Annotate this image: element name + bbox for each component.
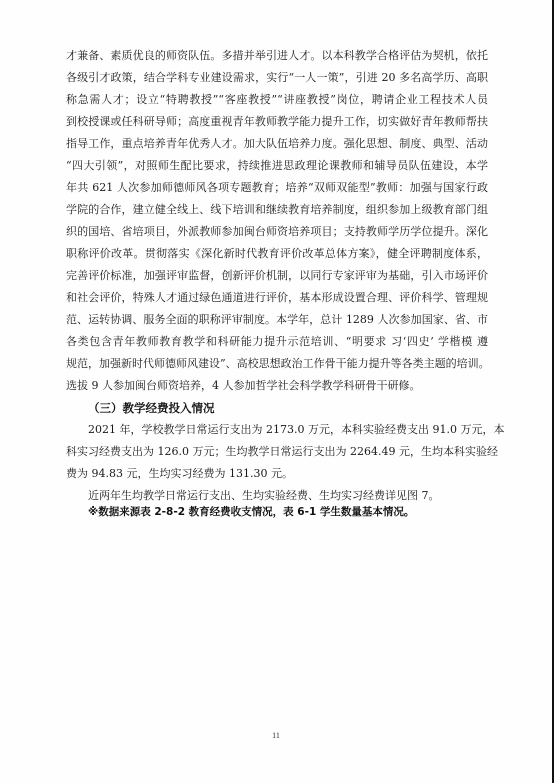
document-page: 才兼备、素质优良的师资队伍。多措并举引进人才。以本科教学合格评估为契机，依托 各… <box>0 0 554 783</box>
text-line: 职称评价改革。贯彻落实《深化新时代教育评价改革总体方案》，健全评聘制度体系， <box>66 247 488 261</box>
text-line: “四大引领”，对照师生配比要求，持续推进思政理论课教师和辅导员队伍建设，本学 <box>66 159 488 173</box>
text-line: 称急需人才；设立“特聘教授”“客座教授”“讲座教授”岗位，聘请企业工程技术人员 <box>66 93 488 107</box>
text-line: 2021 年，学校教学日常运行支出为 2173.0 万元，本科实验经费支出 91… <box>88 423 488 437</box>
paragraph-figure-reference: 近两年生均教学日常运行支出、生均实验经费、生均实习经费详见图 7。 <box>88 489 488 503</box>
text-line: 各类包含青年教师教育教学和科研能力提升示范培训、“明要求 习‘四史’ 学楷模 遵 <box>66 335 488 349</box>
text-line: 费为 94.83 元，生均实习经费为 131.30 元。 <box>66 467 488 481</box>
page-number: 11 <box>0 731 552 741</box>
text-line: 学院的合作，建立健全线上、线下培训和继续教育培养制度，组织参加上级教育部门组 <box>66 203 488 217</box>
text-line: 各级引才政策，结合学科专业建设需求，实行“一人一策”，引进 20 多名高学历、高… <box>66 71 488 85</box>
text-line: 范、运转协调、服务全面的职称评审制度。本学年，总计 1289 人次参加国家、省、… <box>66 313 488 327</box>
data-source-note: ※数据来源表 2-8-2 教育经费收支情况，表 6-1 学生数量基本情况。 <box>88 505 414 519</box>
text-line: 织的国培、省培项目，外派教师参加闽台师资培养项目；支持教师学历学位提升。深化 <box>66 225 488 239</box>
text-line: 科实习经费支出为 126.0 万元；生均教学日常运行支出为 2264.49 元，… <box>66 445 488 459</box>
text-line: 规范，加强新时代师德师风建设”、高校思想政治工作骨干能力提升等各类主题的培训。 <box>66 357 488 371</box>
section-heading: （三）教学经费投入情况 <box>88 401 215 415</box>
text-line: 才兼备、素质优良的师资队伍。多措并举引进人才。以本科教学合格评估为契机，依托 <box>66 49 488 63</box>
text-line: 指导工作，重点培养青年优秀人才。加大队伍培养力度。强化思想、制度、典型、活动 <box>66 137 488 151</box>
text-line: 年共 621 人次参加师德师风各项专题教育；培养“双师双能型”教师：加强与国家行… <box>66 181 488 195</box>
text-line: 到校授课或任科研导师；高度重视青年教师教学能力提升工作，切实做好青年教师帮扶 <box>66 115 488 129</box>
text-line: 完善评价标准，加强评审监督，创新评价机制，以同行专家评审为基础，引入市场评价 <box>66 269 488 283</box>
text-line: 和社会评价，特殊人才通过绿色通道进行评价，基本形成设置合理、评价科学、管理规 <box>66 291 488 305</box>
text-line: 选拔 9 人参加闽台师资培养，4 人参加哲学社会科学教学科研骨干研修。 <box>66 379 488 393</box>
